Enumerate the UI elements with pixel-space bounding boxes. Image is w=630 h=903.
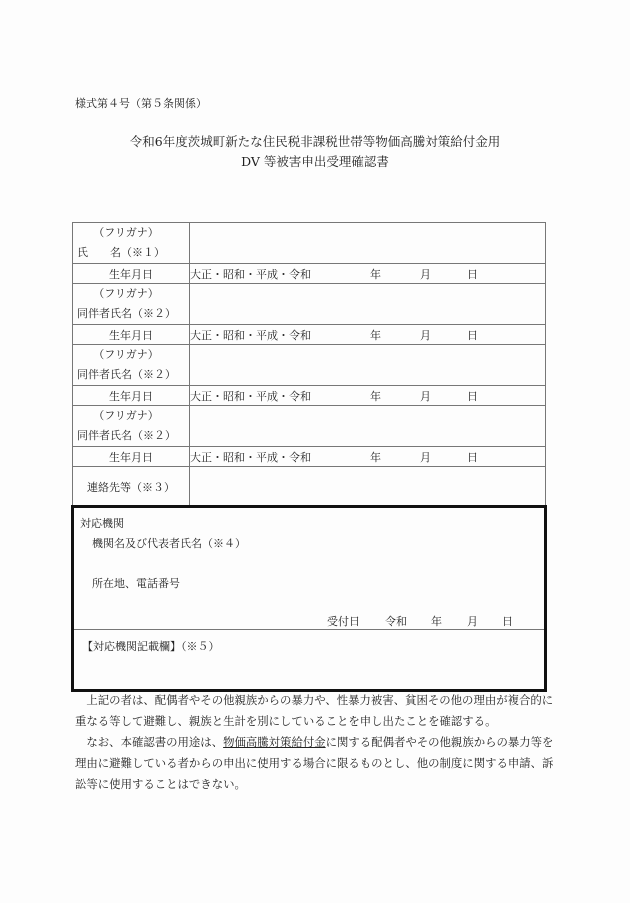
month-label: 月 bbox=[420, 266, 431, 282]
era-options: 大正・昭和・平成・令和 bbox=[190, 329, 311, 342]
name-label-cell: （フリガナ） 同伴者氏名（※２） bbox=[73, 406, 190, 447]
companion-name-label: 同伴者氏名（※２） bbox=[73, 304, 189, 324]
form-number: 様式第４号（第５条関係） bbox=[75, 95, 207, 111]
name-label-cell: （フリガナ） 同伴者氏名（※２） bbox=[73, 284, 190, 325]
paragraph-1: 上記の者は、配偶者やその他親族からの暴力や、性暴力被害、貧困その他の理由が複合的… bbox=[75, 690, 555, 732]
received-date-label: 受付日 bbox=[327, 613, 360, 629]
companion3-name-row: （フリガナ） 同伴者氏名（※２） bbox=[73, 406, 546, 447]
agency-name-label: 機関名及び代表者氏名（※４） bbox=[92, 535, 246, 551]
companion3-name-field[interactable] bbox=[190, 406, 546, 447]
received-month-label: 月 bbox=[467, 613, 478, 629]
applicant-dob-field[interactable]: 大正・昭和・平成・令和 年 月 日 bbox=[190, 264, 546, 284]
year-label: 年 bbox=[370, 327, 381, 343]
agency-notes-label: 【対応機関記載欄】（※５） bbox=[82, 638, 220, 654]
furigana-label: （フリガナ） bbox=[73, 406, 189, 426]
companion3-dob-field[interactable]: 大正・昭和・平成・令和 年 月 日 bbox=[190, 447, 546, 467]
received-day-label: 日 bbox=[502, 613, 513, 629]
contact-field[interactable] bbox=[190, 467, 546, 507]
year-label: 年 bbox=[370, 266, 381, 282]
name-label-cell: （フリガナ） 同伴者氏名（※２） bbox=[73, 345, 190, 386]
confirmation-text: 上記の者は、配偶者やその他親族からの暴力や、性暴力被害、貧困その他の理由が複合的… bbox=[75, 690, 555, 795]
dob-label: 生年月日 bbox=[73, 447, 190, 467]
companion1-name-row: （フリガナ） 同伴者氏名（※２） bbox=[73, 284, 546, 325]
companion1-dob-field[interactable]: 大正・昭和・平成・令和 年 月 日 bbox=[190, 325, 546, 345]
day-label: 日 bbox=[467, 327, 478, 343]
month-label: 月 bbox=[420, 327, 431, 343]
name-label-cell: （フリガナ） 氏 名（※１） bbox=[73, 223, 190, 264]
era-options: 大正・昭和・平成・令和 bbox=[190, 390, 311, 403]
companion2-name-row: （フリガナ） 同伴者氏名（※２） bbox=[73, 345, 546, 386]
companion1-dob-row: 生年月日 大正・昭和・平成・令和 年 月 日 bbox=[73, 325, 546, 345]
era-options: 大正・昭和・平成・令和 bbox=[190, 268, 311, 281]
companion-name-label: 同伴者氏名（※２） bbox=[73, 426, 189, 446]
furigana-label: （フリガナ） bbox=[73, 345, 189, 365]
received-year-label: 年 bbox=[431, 613, 442, 629]
day-label: 日 bbox=[467, 266, 478, 282]
dob-label: 生年月日 bbox=[73, 325, 190, 345]
paragraph-2: なお、本確認書の用途は、物価高騰対策給付金に関する配偶者やその他親族からの暴力等… bbox=[75, 732, 555, 795]
document-title-line1: 令和6年度茨城町新たな住民税非課税世帯等物価高騰対策給付金用 bbox=[0, 132, 630, 150]
agency-box: 対応機関 機関名及び代表者氏名（※４） 所在地、電話番号 受付日 令和 年 月 … bbox=[71, 505, 547, 692]
applicant-dob-row: 生年月日 大正・昭和・平成・令和 年 月 日 bbox=[73, 264, 546, 284]
companion2-name-field[interactable] bbox=[190, 345, 546, 386]
year-label: 年 bbox=[370, 388, 381, 404]
year-label: 年 bbox=[370, 449, 381, 465]
document-title-line2: DV 等被害申出受理確認書 bbox=[0, 152, 630, 170]
agency-address-label: 所在地、電話番号 bbox=[92, 575, 180, 591]
contact-label: 連絡先等（※３） bbox=[73, 467, 190, 507]
p2-text-before: なお、本確認書の用途は、 bbox=[86, 735, 223, 749]
name-label: 氏 名（※１） bbox=[73, 243, 189, 263]
dob-label: 生年月日 bbox=[73, 386, 190, 406]
agency-heading: 対応機関 bbox=[80, 515, 124, 531]
companion1-name-field[interactable] bbox=[190, 284, 546, 325]
p2-underlined-text: 物価高騰対策給付金 bbox=[223, 735, 326, 749]
companion3-dob-row: 生年月日 大正・昭和・平成・令和 年 月 日 bbox=[73, 447, 546, 467]
contact-row: 連絡先等（※３） bbox=[73, 467, 546, 507]
dob-label: 生年月日 bbox=[73, 264, 190, 284]
day-label: 日 bbox=[467, 449, 478, 465]
furigana-label: （フリガナ） bbox=[73, 223, 189, 243]
companion2-dob-field[interactable]: 大正・昭和・平成・令和 年 月 日 bbox=[190, 386, 546, 406]
companion-name-label: 同伴者氏名（※２） bbox=[73, 365, 189, 385]
furigana-label: （フリガナ） bbox=[73, 284, 189, 304]
month-label: 月 bbox=[420, 388, 431, 404]
era-options: 大正・昭和・平成・令和 bbox=[190, 451, 311, 464]
applicant-table: （フリガナ） 氏 名（※１） 生年月日 大正・昭和・平成・令和 年 月 日 （フ… bbox=[72, 222, 546, 507]
applicant-name-field[interactable] bbox=[190, 223, 546, 264]
applicant-name-row: （フリガナ） 氏 名（※１） bbox=[73, 223, 546, 264]
companion2-dob-row: 生年月日 大正・昭和・平成・令和 年 月 日 bbox=[73, 386, 546, 406]
received-era: 令和 bbox=[385, 613, 407, 629]
agency-info-section[interactable]: 対応機関 機関名及び代表者氏名（※４） 所在地、電話番号 受付日 令和 年 月 … bbox=[74, 508, 544, 630]
month-label: 月 bbox=[420, 449, 431, 465]
day-label: 日 bbox=[467, 388, 478, 404]
